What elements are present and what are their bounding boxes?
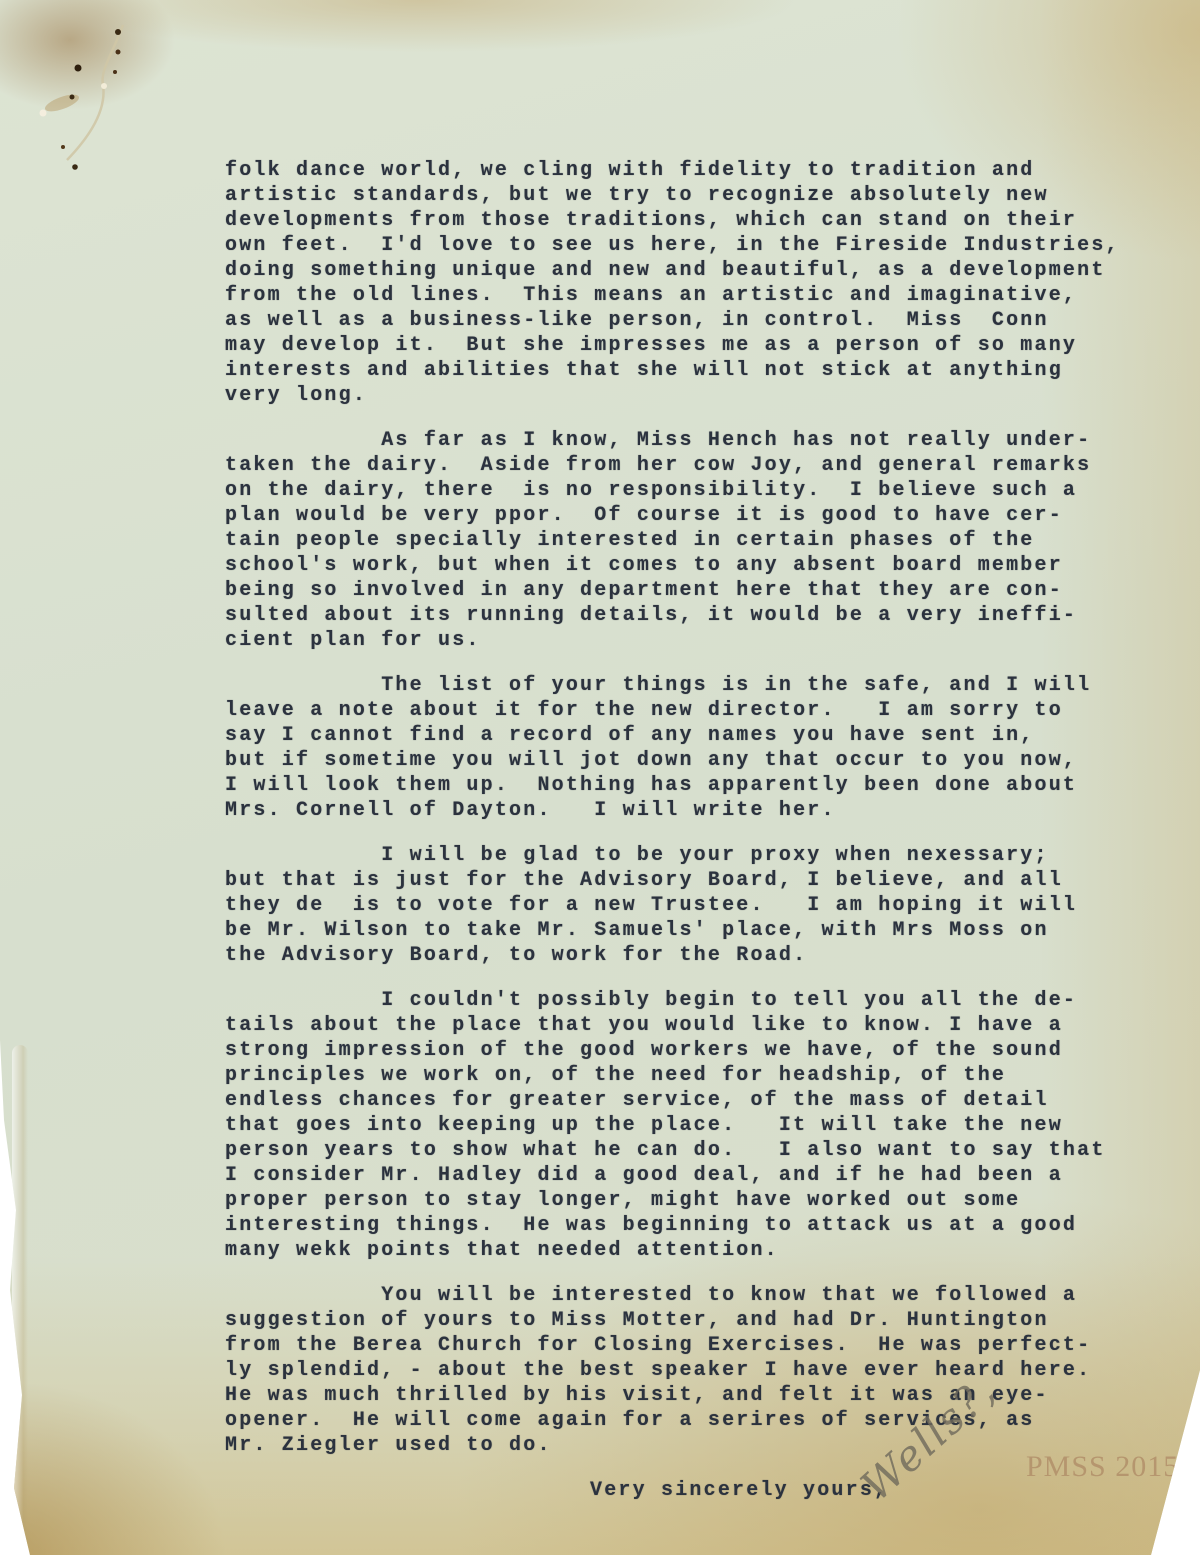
rust-stain-marks (0, 0, 220, 230)
pmss-watermark: PMSS 2015 (1026, 1450, 1179, 1484)
scanned-letter: folk dance world, we cling with fidelity… (0, 0, 1200, 1555)
letter-paragraph-1: folk dance world, we cling with fidelity… (225, 158, 1160, 408)
letter-body: folk dance world, we cling with fidelity… (225, 158, 1160, 1503)
letter-paragraph-4: I will be glad to be your proxy when nex… (225, 843, 1160, 968)
letter-page: folk dance world, we cling with fidelity… (0, 0, 1200, 1555)
letter-paragraph-5: I couldn't possibly begin to tell you al… (225, 988, 1160, 1263)
letter-paragraph-2: As far as I know, Miss Hench has not rea… (225, 428, 1160, 653)
letter-paragraph-6: You will be interested to know that we f… (225, 1283, 1160, 1458)
letter-paragraph-3: The list of your things is in the safe, … (225, 673, 1160, 823)
paper-crease (12, 1045, 28, 1555)
